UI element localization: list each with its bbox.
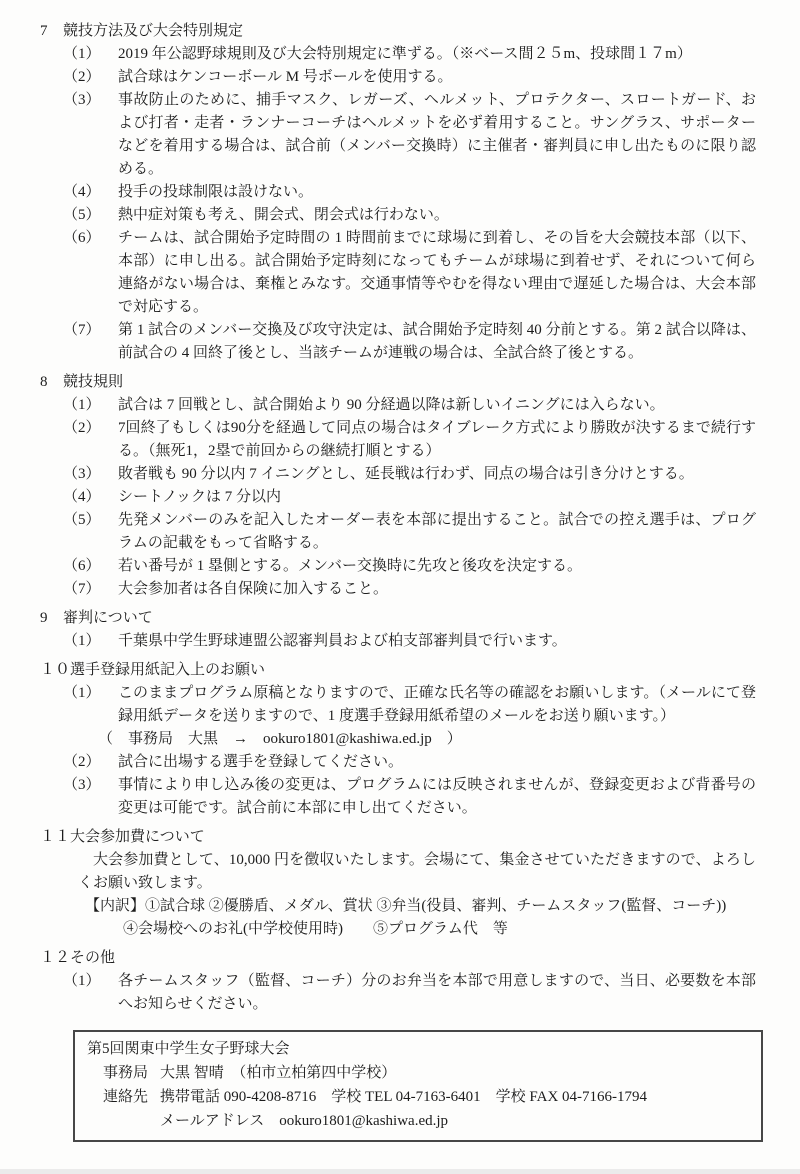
item-text: このままプログラム原稿となりますので、正確な氏名等の確認をお願いします。（メール… xyxy=(118,682,756,728)
contact-row-label: 事務局 xyxy=(103,1061,160,1085)
item-label: （5） xyxy=(63,509,118,555)
list-item: （1） 千葉県中学生野球連盟公認審判員および柏支部審判員で行います。 xyxy=(40,630,756,653)
tournament-name: 第5回関東中学生女子野球大会 xyxy=(87,1037,749,1061)
item-text: 事故防止のために、捕手マスク、レガーズ、ヘルメット、プロテクター、スロートガード… xyxy=(118,89,756,181)
section-heading: 8 競技規則 xyxy=(40,371,756,394)
tournament-contact-box: 第5回関東中学生女子野球大会 事務局 大黒 智晴 （柏市立柏第四中学校） 連絡先… xyxy=(73,1030,763,1142)
item-label: （3） xyxy=(63,774,118,820)
contact-row-secretariat: 事務局 大黒 智晴 （柏市立柏第四中学校） xyxy=(87,1061,749,1085)
item-text: 若い番号が 1 塁側とする。メンバー交換時に先攻と後攻を決定する。 xyxy=(118,555,756,578)
section-heading: 9 審判について xyxy=(40,607,756,630)
list-item: （7） 大会参加者は各自保険に加入すること。 xyxy=(40,578,756,601)
item-label: （2） xyxy=(63,417,118,463)
list-item: （3） 事情により申し込み後の変更は、プログラムには反映されませんが、登録変更お… xyxy=(40,774,756,820)
fee-paragraph: 大会参加費として、10,000 円を徴収いたします。会場にて、集金させていただき… xyxy=(40,849,756,895)
item-label: （5） xyxy=(63,204,118,227)
item-label: （7） xyxy=(63,578,118,601)
contact-row-value: 大黒 智晴 （柏市立柏第四中学校） xyxy=(160,1061,749,1085)
section-number: 9 xyxy=(40,607,63,630)
item-label: （3） xyxy=(63,463,118,486)
contact-email-line: （ 事務局 大黒 → ookuro1801@kashiwa.ed.jp ） xyxy=(40,728,756,751)
contact-row-value: メールアドレス ookuro1801@kashiwa.ed.jp xyxy=(160,1109,749,1133)
section-number: １２ xyxy=(40,947,70,970)
section-title: 審判について xyxy=(63,607,756,630)
item-label: （1） xyxy=(63,394,118,417)
item-text: 敗者戦も 90 分以内 7 イニングとし、延長戦は行わず、同点の場合は引き分けと… xyxy=(118,463,756,486)
list-item: （6） 若い番号が 1 塁側とする。メンバー交換時に先攻と後攻を決定する。 xyxy=(40,555,756,578)
item-text: 投手の投球制限は設けない。 xyxy=(118,181,756,204)
section-number: １０ xyxy=(40,659,70,682)
breakdown-line: ①試合球 ②優勝盾、メダル、賞状 ③弁当(役員、審判、チームスタッフ(監督、コー… xyxy=(145,895,756,918)
section-heading: １１ 大会参加費について xyxy=(40,826,756,849)
item-text: シートノックは 7 分以内 xyxy=(118,486,756,509)
item-text: 試合は 7 回戦とし、試合開始より 90 分経過以降は新しいイニングには入らない… xyxy=(118,394,756,417)
contact-row-email: メールアドレス ookuro1801@kashiwa.ed.jp xyxy=(87,1109,749,1133)
item-text: 熱中症対策も考え、開会式、閉会式は行わない。 xyxy=(118,204,756,227)
section-title: 競技規則 xyxy=(63,371,756,394)
section-11-participation-fee: １１ 大会参加費について 大会参加費として、10,000 円を徴収いたします。会… xyxy=(40,826,756,941)
item-text: 第 1 試合のメンバー交換及び攻守決定は、試合開始予定時刻 40 分前とする。第… xyxy=(118,319,756,365)
item-text: 2019 年公認野球規則及び大会特別規定に準ずる。（※ベース間２５m、投球間１７… xyxy=(118,43,756,66)
item-text: 先発メンバーのみを記入したオーダー表を本部に提出すること。試合での控え選手は、プ… xyxy=(118,509,756,555)
item-label: （1） xyxy=(63,682,118,728)
item-text: 大会参加者は各自保険に加入すること。 xyxy=(118,578,756,601)
item-text: 各チームスタッフ（監督、コーチ）分のお弁当を本部で用意しますので、当日、必要数を… xyxy=(118,970,756,1016)
section-7-competition-method: 7 競技方法及び大会特別規定 （1） 2019 年公認野球規則及び大会特別規定に… xyxy=(40,20,756,365)
section-number: 7 xyxy=(40,20,63,43)
list-item: （2） 7回終了もしくは90分を経過して同点の場合はタイブレーク方式により勝敗が… xyxy=(40,417,756,463)
item-label: （6） xyxy=(63,555,118,578)
item-text: 千葉県中学生野球連盟公認審判員および柏支部審判員で行います。 xyxy=(118,630,756,653)
list-item: （6） チームは、試合開始予定時間の 1 時間前までに球場に到着し、その旨を大会… xyxy=(40,227,756,319)
list-item: （3） 事故防止のために、捕手マスク、レガーズ、ヘルメット、プロテクター、スロー… xyxy=(40,89,756,181)
item-label: （4） xyxy=(63,486,118,509)
section-number: 8 xyxy=(40,371,63,394)
item-label: （6） xyxy=(63,227,118,319)
list-item: （3） 敗者戦も 90 分以内 7 イニングとし、延長戦は行わず、同点の場合は引… xyxy=(40,463,756,486)
item-label: （4） xyxy=(63,181,118,204)
contact-row-label xyxy=(103,1109,160,1133)
section-number: １１ xyxy=(40,826,70,849)
list-item: （7） 第 1 試合のメンバー交換及び攻守決定は、試合開始予定時刻 40 分前と… xyxy=(40,319,756,365)
section-9-umpires: 9 審判について （1） 千葉県中学生野球連盟公認審判員および柏支部審判員で行い… xyxy=(40,607,756,653)
contact-row-phone: 連絡先 携帯電話 090-4208-8716 学校 TEL 04-7163-64… xyxy=(87,1085,749,1109)
list-item: （2） 試合に出場する選手を登録してください。 xyxy=(40,751,756,774)
scanned-document-page: 7 競技方法及び大会特別規定 （1） 2019 年公認野球規則及び大会特別規定に… xyxy=(0,0,800,1174)
section-title: 競技方法及び大会特別規定 xyxy=(63,20,756,43)
list-item: （1） 2019 年公認野球規則及び大会特別規定に準ずる。（※ベース間２５m、投… xyxy=(40,43,756,66)
item-text: 試合に出場する選手を登録してください。 xyxy=(118,751,756,774)
list-item: （4） 投手の投球制限は設けない。 xyxy=(40,181,756,204)
list-item: （1） このままプログラム原稿となりますので、正確な氏名等の確認をお願いします。… xyxy=(40,682,756,728)
list-item: （5） 熱中症対策も考え、開会式、閉会式は行わない。 xyxy=(40,204,756,227)
item-label: （3） xyxy=(63,89,118,181)
list-item: （5） 先発メンバーのみを記入したオーダー表を本部に提出すること。試合での控え選… xyxy=(40,509,756,555)
item-text: チームは、試合開始予定時間の 1 時間前までに球場に到着し、その旨を大会競技本部… xyxy=(118,227,756,319)
item-label: （7） xyxy=(63,319,118,365)
item-label: （1） xyxy=(63,43,118,66)
contact-row-value: 携帯電話 090-4208-8716 学校 TEL 04-7163-6401 学… xyxy=(160,1085,749,1109)
item-label: （2） xyxy=(63,751,118,774)
section-title: その他 xyxy=(70,947,756,970)
section-heading: 7 競技方法及び大会特別規定 xyxy=(40,20,756,43)
section-heading: １０ 選手登録用紙記入上のお願い xyxy=(40,659,756,682)
breakdown-line: ④会場校へのお礼(中学校使用時) ⑤プログラム代 等 xyxy=(123,918,756,941)
item-label: （1） xyxy=(63,970,118,1016)
item-label: （1） xyxy=(63,630,118,653)
item-text: 事情により申し込み後の変更は、プログラムには反映されませんが、登録変更および背番… xyxy=(118,774,756,820)
breakdown-lines: ①試合球 ②優勝盾、メダル、賞状 ③弁当(役員、審判、チームスタッフ(監督、コー… xyxy=(145,895,756,941)
section-12-other: １２ その他 （1） 各チームスタッフ（監督、コーチ）分のお弁当を本部で用意しま… xyxy=(40,947,756,1016)
contact-row-label: 連絡先 xyxy=(103,1085,160,1109)
section-title: 大会参加費について xyxy=(70,826,756,849)
fee-breakdown: 【内訳】 ①試合球 ②優勝盾、メダル、賞状 ③弁当(役員、審判、チームスタッフ(… xyxy=(40,895,756,941)
item-label: （2） xyxy=(63,66,118,89)
list-item: （2） 試合球はケンコーボール M 号ボールを使用する。 xyxy=(40,66,756,89)
section-heading: １２ その他 xyxy=(40,947,756,970)
list-item: （1） 各チームスタッフ（監督、コーチ）分のお弁当を本部で用意しますので、当日、… xyxy=(40,970,756,1016)
section-title: 選手登録用紙記入上のお願い xyxy=(70,659,756,682)
section-10-registration: １０ 選手登録用紙記入上のお願い （1） このままプログラム原稿となりますので、… xyxy=(40,659,756,820)
item-text: 試合球はケンコーボール M 号ボールを使用する。 xyxy=(118,66,756,89)
item-text: 7回終了もしくは90分を経過して同点の場合はタイブレーク方式により勝敗が決するま… xyxy=(118,417,756,463)
list-item: （1） 試合は 7 回戦とし、試合開始より 90 分経過以降は新しいイニングには… xyxy=(40,394,756,417)
section-8-game-rules: 8 競技規則 （1） 試合は 7 回戦とし、試合開始より 90 分経過以降は新し… xyxy=(40,371,756,601)
list-item: （4） シートノックは 7 分以内 xyxy=(40,486,756,509)
scan-artifact-bottom-edge xyxy=(0,1169,800,1174)
